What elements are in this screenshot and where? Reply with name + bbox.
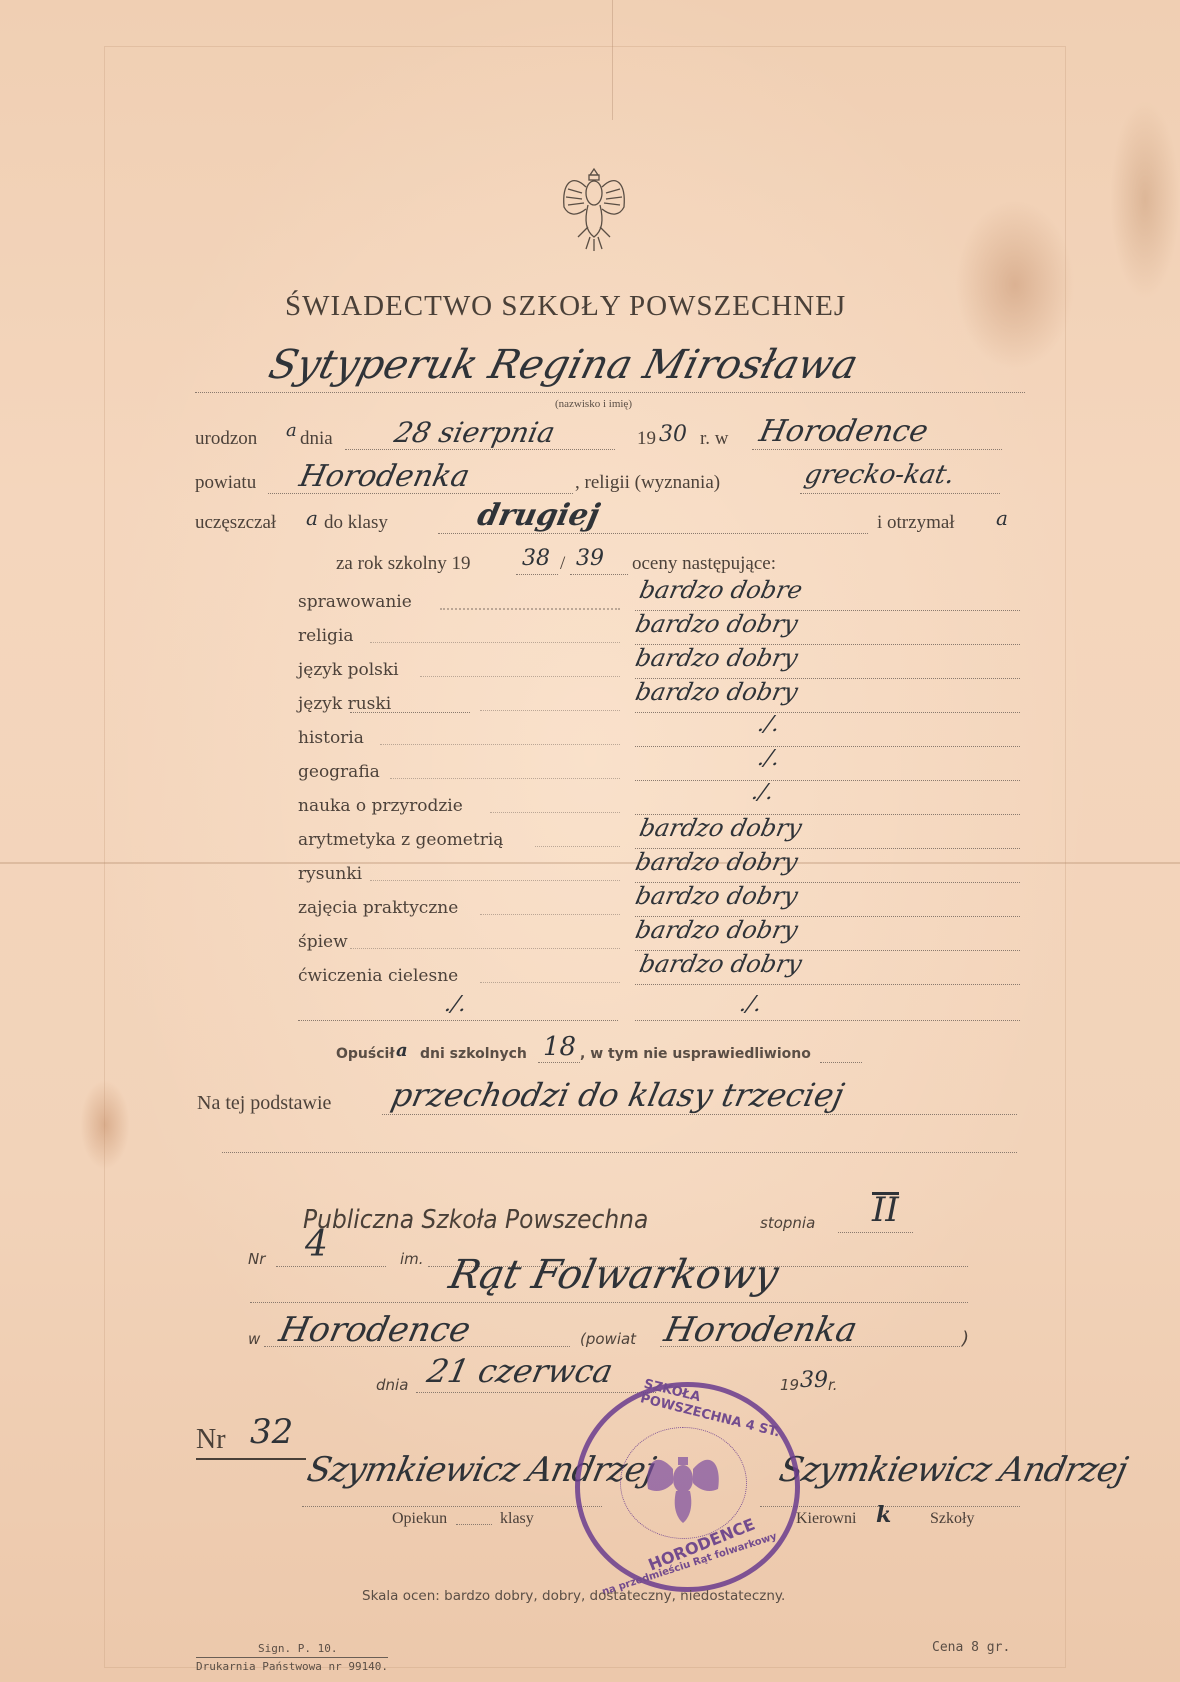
leader-dots: [490, 812, 620, 813]
attended-label: uczęszczał: [195, 512, 276, 534]
subject-label: geografia: [298, 762, 380, 782]
grade-value[interactable]: bardzo dobry: [637, 950, 804, 978]
head-suffix[interactable]: k: [876, 1502, 891, 1528]
absence-label: Opuścił: [336, 1046, 395, 1062]
born-suffix[interactable]: a: [286, 420, 297, 441]
language-line: [350, 712, 470, 713]
town-label: w: [248, 1330, 260, 1348]
subject-label: rysunki: [298, 864, 362, 884]
received-label: i otrzymał: [877, 512, 955, 534]
polish-eagle-icon: [558, 165, 630, 255]
school-year-from[interactable]: 38: [522, 546, 550, 571]
district-close: ): [962, 1328, 969, 1349]
stain: [80, 1080, 130, 1170]
decision-line: [382, 1114, 1017, 1115]
religion-line: [800, 493, 1000, 494]
school-town[interactable]: Horodence: [276, 1310, 474, 1350]
subject-label: religia: [298, 626, 354, 646]
grade-line: [635, 746, 1020, 747]
patron-line-2: [250, 1302, 968, 1303]
certificate-page: ŚWIADECTWO SZKOŁY POWSZECHNEJ Sytyperuk …: [0, 0, 1180, 1682]
leader-dots: [350, 948, 620, 949]
school-year-to[interactable]: 39: [576, 546, 604, 571]
birth-place-line: [752, 449, 1002, 450]
issue-date[interactable]: 21 czerwca: [424, 1352, 616, 1390]
school-district-label: (powiat: [580, 1330, 636, 1348]
level-label: stopnia: [760, 1214, 815, 1232]
subject-label: ćwiczenia cielesne: [298, 966, 458, 986]
issue-day-label: dnia: [376, 1376, 408, 1394]
im-label: im.: [400, 1250, 424, 1268]
leader-dots: [480, 914, 620, 915]
received-suffix[interactable]: a: [996, 506, 1008, 530]
leader-dots: [370, 642, 620, 643]
year-slash: /: [560, 553, 565, 575]
school-nr-line: [276, 1266, 386, 1267]
year-prefix: 19: [637, 428, 656, 450]
class-value[interactable]: drugiej: [474, 498, 602, 533]
printer: Drukarnia Państwowa nr 99140.: [196, 1660, 388, 1673]
nr-underline: [196, 1458, 306, 1460]
form-signature: Sign. P. 10.: [258, 1642, 337, 1655]
grade-value[interactable]: bardzo dobry: [633, 644, 800, 672]
grade-value[interactable]: bardzo dobry: [633, 678, 800, 706]
leader-dots: [480, 982, 620, 983]
fold-line-vertical: [612, 0, 613, 120]
grade-value[interactable]: bardzo dobry: [637, 814, 804, 842]
school-nr-label: Nr: [248, 1250, 265, 1268]
district-label: powiatu: [195, 472, 256, 494]
days-missed[interactable]: 18: [543, 1032, 576, 1062]
born-label: urodzon: [195, 428, 257, 450]
class-line: [438, 533, 868, 534]
extra-grade-line: [635, 1020, 1020, 1021]
footer-rule: [196, 1657, 388, 1658]
subject-label: historia: [298, 728, 364, 748]
head-school-label: Szkoły: [930, 1510, 974, 1528]
student-name[interactable]: Sytyperuk Regina Mirosława: [264, 342, 862, 388]
leader-dots: [535, 846, 620, 847]
grade-line: [635, 780, 1020, 781]
tutor-blank: [456, 1524, 492, 1525]
issue-r-label: r.: [828, 1376, 838, 1394]
grade-line: [635, 984, 1020, 985]
attended-suffix[interactable]: a: [306, 506, 318, 530]
birth-date-line: [345, 449, 615, 450]
days-label: dni szkolnych: [420, 1046, 527, 1062]
school-year-suffix: oceny następujące:: [632, 553, 776, 575]
absence-suffix[interactable]: a: [396, 1040, 408, 1061]
decision-line-2: [222, 1152, 1017, 1153]
head-label: Kierowni: [796, 1510, 856, 1528]
subject-label: śpiew: [298, 932, 348, 952]
price: Cena 8 gr.: [932, 1640, 1010, 1655]
grade-value[interactable]: bardzo dobry: [633, 882, 800, 910]
district[interactable]: Horodenka: [296, 459, 472, 494]
unexcused-line: [820, 1062, 862, 1063]
leader-dots: [420, 676, 620, 677]
religion-label: , religii (wyznania): [575, 472, 720, 494]
subject-label: arytmetyka z geometrią: [298, 830, 503, 850]
leader-dots: [390, 778, 620, 779]
school-patron[interactable]: Rąt Folwarkowy: [445, 1252, 782, 1298]
stain: [1110, 100, 1180, 300]
tutor-signature-line: [302, 1506, 602, 1507]
fold-line: [0, 862, 1180, 864]
religion[interactable]: grecko-kat.: [802, 460, 958, 490]
birth-date[interactable]: 28 sierpnia: [391, 416, 557, 449]
leader-dots: [370, 880, 620, 881]
place-label: r. w: [700, 428, 729, 450]
grade-scale: Skala ocen: bardzo dobry, dobry, dostate…: [362, 1588, 785, 1604]
class-label: do klasy: [324, 512, 388, 534]
name-line: [195, 392, 1025, 393]
grade-value[interactable]: bardzo dobry: [633, 610, 800, 638]
school-district[interactable]: Horodenka: [661, 1310, 861, 1350]
subject-label: zajęcia praktyczne: [298, 898, 458, 918]
certificate-nr[interactable]: 32: [250, 1412, 293, 1452]
school-nr[interactable]: 4: [305, 1224, 328, 1265]
tutor-label: Opiekun: [392, 1510, 447, 1528]
grade-value[interactable]: bardzo dobry: [633, 848, 800, 876]
certificate-nr-label: Nr: [196, 1424, 226, 1456]
issue-year-prefix: 19: [780, 1376, 799, 1394]
leader-dots: [440, 608, 620, 610]
decision-label: Na tej podstawie: [197, 1092, 331, 1115]
school-stamp: SZKOŁA POWSZECHNA 4 ST. HORODENCE na prz…: [575, 1382, 800, 1592]
head-signature[interactable]: Szymkiewicz Andrzej: [776, 1450, 1131, 1490]
school-level[interactable]: II: [872, 1192, 899, 1225]
subject-label: sprawowanie: [298, 592, 412, 612]
unexcused-label: , w tym nie usprawiedliwiono: [580, 1046, 811, 1062]
grade-value[interactable]: bardzo dobry: [633, 916, 800, 944]
day-label: dnia: [300, 428, 333, 450]
stamp-eagle-icon: [638, 1439, 728, 1529]
year-from-line: [516, 574, 558, 575]
subject-label: nauka o przyrodzie: [298, 796, 463, 816]
name-caption: (nazwisko i imię): [555, 398, 632, 410]
subject-label: język ruski: [298, 694, 391, 714]
birth-year[interactable]: 30: [659, 422, 687, 447]
document-title: ŚWIADECTWO SZKOŁY POWSZECHNEJ: [285, 290, 846, 323]
extra-subject-line: [298, 1020, 618, 1021]
tutor-class-label: klasy: [500, 1510, 534, 1528]
days-line: [538, 1062, 580, 1063]
subject-label: język polski: [298, 660, 399, 680]
leader-dots: [480, 710, 620, 711]
school-name-label: Publiczna Szkoła Powszechna: [303, 1205, 648, 1235]
grade-value[interactable]: bardzo dobre: [637, 576, 805, 604]
level-line: [838, 1232, 913, 1233]
birth-place[interactable]: Horodence: [756, 414, 931, 449]
issue-date-line: [416, 1392, 656, 1393]
leader-dots: [380, 744, 620, 745]
grade-line: [635, 712, 1020, 713]
decision-text[interactable]: przechodzi do klasy trzeciej: [388, 1076, 847, 1114]
year-to-line: [570, 574, 628, 575]
stain: [955, 200, 1075, 370]
issue-year[interactable]: 39: [800, 1368, 828, 1393]
school-year-label: za rok szkolny 19: [336, 553, 471, 575]
